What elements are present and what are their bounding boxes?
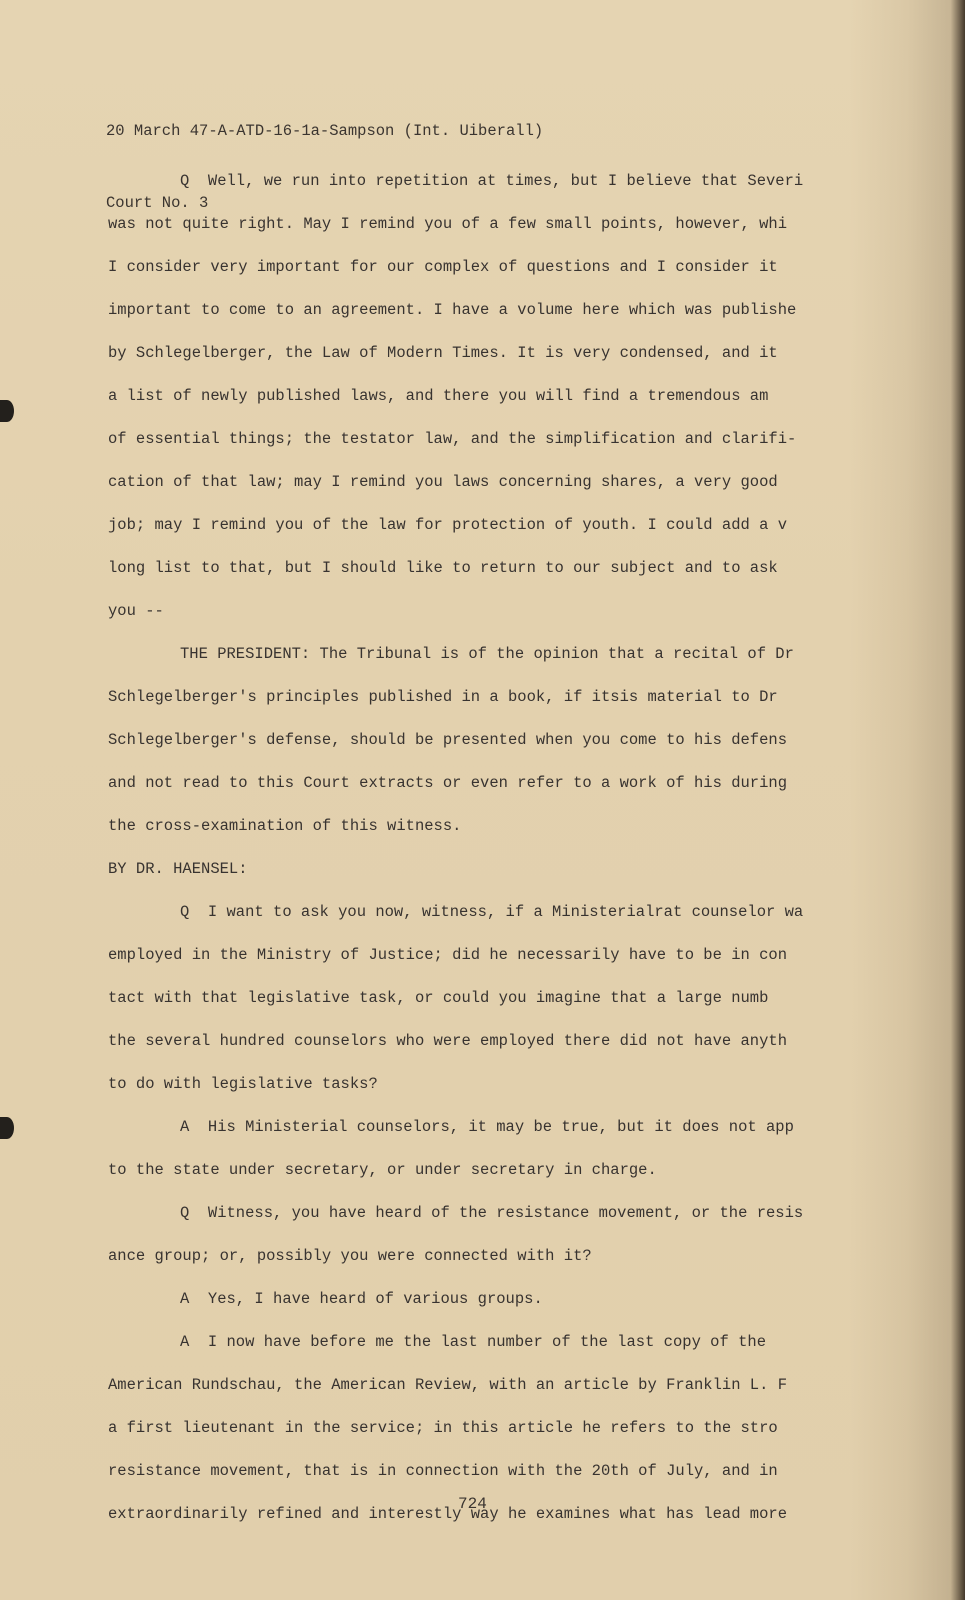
transcript-line: employed in the Ministry of Justice; did… [108,944,787,966]
binding-clip-mark [0,400,14,422]
transcript-line: I consider very important for our comple… [108,256,778,278]
binding-clip-mark [0,1117,14,1139]
transcript-line: Schlegelberger's defense, should be pres… [108,729,787,751]
transcript-line: long list to that, but I should like to … [108,557,778,579]
transcript-line: cation of that law; may I remind you law… [108,471,778,493]
transcript-line: of essential things; the testator law, a… [108,428,796,450]
transcript-line: Q Well, we run into repetition at times,… [180,170,803,192]
header-court-line: Court No. 3 [106,191,543,215]
transcript-line: A I now have before me the last number o… [180,1331,766,1353]
transcript-line: Q Witness, you have heard of the resista… [180,1202,803,1224]
transcript-line: and not read to this Court extracts or e… [108,772,787,794]
transcript-line: A Yes, I have heard of various groups. [180,1288,543,1310]
transcript-line: to do with legislative tasks? [108,1073,378,1095]
header-reference-line: 20 March 47-A-ATD-16-1a-Sampson (Int. Ui… [106,119,543,143]
transcript-line: job; may I remind you of the law for pro… [108,514,787,536]
transcript-line: Q I want to ask you now, witness, if a M… [180,901,803,923]
transcript-line: Schlegelberger's principles published in… [108,686,778,708]
transcript-line: by Schlegelberger, the Law of Modern Tim… [108,342,778,364]
transcript-line: American Rundschau, the American Review,… [108,1374,787,1396]
page-number: 724 [458,1495,487,1513]
transcript-line: tact with that legislative task, or coul… [108,987,768,1009]
transcript-line: resistance movement, that is in connecti… [108,1460,778,1482]
transcript-line: to the state under secretary, or under s… [108,1159,657,1181]
transcript-line: a list of newly published laws, and ther… [108,385,768,407]
transcript-line: THE PRESIDENT: The Tribunal is of the op… [180,643,794,665]
transcript-line: A His Ministerial counselors, it may be … [180,1116,794,1138]
transcript-line: the cross-examination of this witness. [108,815,461,837]
transcript-line: the several hundred counselors who were … [108,1030,787,1052]
transcript-line: BY DR. HAENSEL: [108,858,248,880]
transcript-line: important to come to an agreement. I hav… [108,299,796,321]
document-page: 20 March 47-A-ATD-16-1a-Sampson (Int. Ui… [0,0,965,1600]
transcript-line: ance group; or, possibly you were connec… [108,1245,592,1267]
transcript-line: you -- [108,600,164,622]
transcript-line: was not quite right. May I remind you of… [108,213,787,235]
transcript-line: a first lieutenant in the service; in th… [108,1417,778,1439]
transcript-line: extraordinarily refined and interestly w… [108,1503,787,1525]
